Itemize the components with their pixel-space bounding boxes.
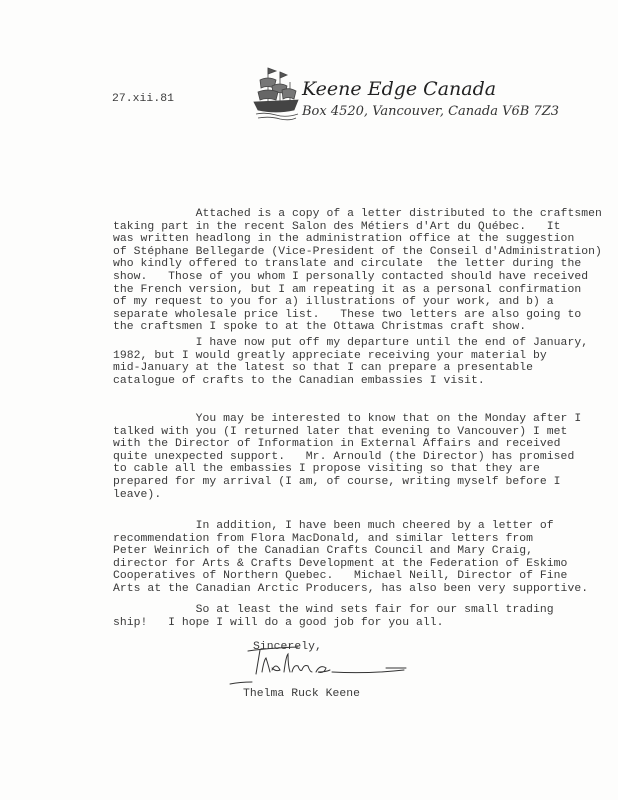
handwritten-signature — [228, 642, 428, 687]
company-name: Keene Edge Canada — [302, 78, 496, 100]
letter-page: 27.xii.81 Keene Edge Canada Box 4520, Va… — [0, 0, 618, 800]
sailing-ship-icon — [252, 62, 300, 122]
letter-date: 27.xii.81 — [112, 93, 174, 105]
paragraph-4: In addition, I have been much cheered by… — [113, 520, 553, 596]
company-address: Box 4520, Vancouver, Canada V6B 7Z3 — [302, 104, 559, 119]
paragraph-2: I have now put off my departure until th… — [113, 337, 553, 387]
signatory-name: Thelma Ruck Keene — [243, 688, 360, 700]
paragraph-3: You may be interested to know that on th… — [113, 413, 553, 501]
paragraph-1: Attached is a copy of a letter distribut… — [113, 208, 553, 334]
paragraph-5: So at least the wind sets fair for our s… — [113, 604, 553, 629]
